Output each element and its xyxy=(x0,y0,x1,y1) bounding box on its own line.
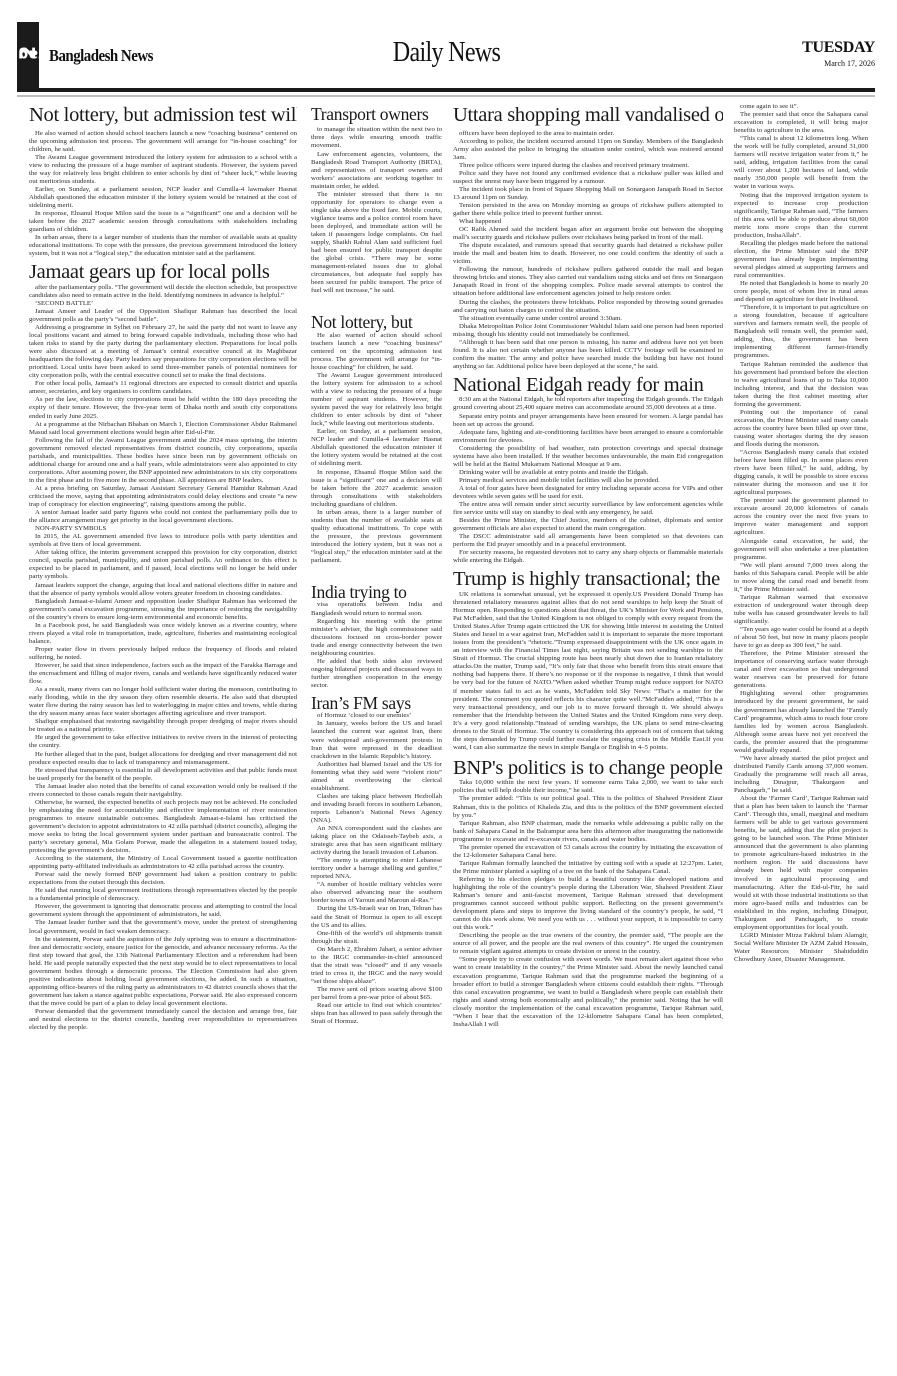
paragraph: of Hormuz ‘closed to our enemies’ xyxy=(311,712,442,720)
paragraph: Following the rumour, hundreds of ricksh… xyxy=(453,266,723,298)
paragraph: “The enemy is attempting to enter Lebane… xyxy=(311,857,442,881)
paragraph: For security reasons, he requested devot… xyxy=(453,549,723,565)
headline: Jamaat gears up for local polls xyxy=(29,262,297,284)
paragraph: after the parliamentary polls. “The gove… xyxy=(29,284,297,300)
paragraph: He noted that Bangladesh is home to near… xyxy=(734,280,868,304)
paragraph: “We have already started the pilot proje… xyxy=(734,755,868,795)
paragraph: After taking office, the interim governm… xyxy=(29,549,297,581)
story-bnp-continued: come again to see it”.The premier said t… xyxy=(734,103,868,964)
paragraph: come again to see it”. xyxy=(734,103,868,111)
story-body: of Hormuz ‘closed to our enemies’In Janu… xyxy=(311,712,442,1026)
paragraph: Referring to his election pledges to bui… xyxy=(453,876,723,932)
story-body: He also warned of action should school t… xyxy=(29,130,297,259)
issue-date: March 17, 2026 xyxy=(802,59,875,68)
story-india: India trying to visa operations between … xyxy=(311,583,442,690)
paragraph: On March 2, Ebrahim Jabari, a senior adv… xyxy=(311,946,442,986)
headline: BNP's politics is to change people' xyxy=(453,758,723,780)
paragraph: According to police, the incident occurr… xyxy=(453,138,723,162)
masthead-rule xyxy=(17,88,875,92)
paragraph: At a press briefing on Saturday, Jamaat … xyxy=(29,485,297,509)
paragraph: Primary medical services and mobile toil… xyxy=(453,477,723,485)
paragraph: He also warned of action should school t… xyxy=(311,332,442,372)
story-iran: Iran’s FM says of Hormuz ‘closed to our … xyxy=(311,694,442,1026)
paragraph: The Jamaat leader further said that the … xyxy=(29,919,297,935)
column-3: Uttara shopping mall vandalised over off… xyxy=(453,100,723,1350)
story-body: come again to see it”.The premier said t… xyxy=(734,103,868,964)
paragraph: Adequate fans, lighting and air-conditio… xyxy=(453,429,723,445)
story-trump: Trump is highly transactional; the UK is… xyxy=(453,569,723,751)
paragraph: to manage the situation within the next … xyxy=(311,126,442,150)
paragraph: He also warned of action should school t… xyxy=(29,130,297,154)
paragraph: Clashes are taking place between Hezboll… xyxy=(311,793,442,825)
paragraph: The premier added: “This is our politica… xyxy=(453,795,723,819)
story-transport: Transport owners to manage the situation… xyxy=(311,105,442,295)
paragraph: The entire area will remain under strict… xyxy=(453,501,723,517)
paragraph: officers have been deployed to the area … xyxy=(453,130,723,138)
paragraph: Taka 10,000 within the next few years. I… xyxy=(453,779,723,795)
paragraph: Tarique Rahman warned that excessive ext… xyxy=(734,594,868,626)
paragraph: Following the fall of the Awami League g… xyxy=(29,437,297,485)
story-body: to manage the situation within the next … xyxy=(311,126,442,295)
paragraph: The situation eventually came under cont… xyxy=(453,315,723,323)
paragraph: “Some people try to create confusion wit… xyxy=(453,956,723,1028)
paragraph: In 2015, the AL government amended five … xyxy=(29,533,297,549)
paragraph: Otherwise, he warned, the expected benef… xyxy=(29,799,297,855)
paragraph: OC Rafik Ahmed said the incident began a… xyxy=(453,226,723,242)
paragraph: The incident took place in front of Squa… xyxy=(453,186,723,202)
headline: Transport owners xyxy=(311,105,442,123)
story-body: Taka 10,000 within the next few years. I… xyxy=(453,779,723,1028)
paragraph: He said that running local government in… xyxy=(29,887,297,903)
paragraph: However, he said that since independence… xyxy=(29,662,297,686)
paragraph: At a programme at the Nirbachan Bhaban o… xyxy=(29,421,297,437)
paragraph: The dispute escalated, and rumours sprea… xyxy=(453,242,723,266)
paragraph: Shafiqur emphasised that restoring navig… xyxy=(29,718,297,734)
paragraph: Jamaat Ameer and Leader of the Oppositio… xyxy=(29,308,297,324)
paragraph: Alongside canal excavation, he said, the… xyxy=(734,538,868,562)
paragraph: Law enforcement agencies, volunteers, th… xyxy=(311,151,442,191)
paragraph: According to the statement, the Ministry… xyxy=(29,855,297,871)
paragraph: For other local polls, Jamaat’s 11 regio… xyxy=(29,380,297,396)
paragraph: Authorities had blamed Israel and the US… xyxy=(311,761,442,793)
paragraph: Addressing a programme in Sylhet on Febr… xyxy=(29,324,297,380)
paragraph: UK relations is somewhat unusual, yet he… xyxy=(453,591,723,752)
paragraph: Proper water flow in rivers previously h… xyxy=(29,646,297,662)
paragraph: He urged the government to take effectiv… xyxy=(29,734,297,750)
headline: Not lottery, but admission test will xyxy=(29,105,297,127)
column-1: Not lottery, but admission test will He … xyxy=(29,100,297,1336)
paragraph: LGRD Minister Mirza Fakhrul Islam Alamgi… xyxy=(734,932,868,964)
headline: Not lottery, but xyxy=(311,313,442,331)
masthead: Page2 Bangladesh News Daily News TUESDAY… xyxy=(17,22,875,90)
paragraph: NON-PARTY SYMBOLS xyxy=(29,525,297,533)
paragraph: The premier opened the excavation of 53 … xyxy=(453,844,723,860)
paragraph: In the statement, Porwar said the aspira… xyxy=(29,936,297,1008)
paragraph: Tension persisted in the area on Monday … xyxy=(453,202,723,218)
paragraph: He further alleged that in the past, bud… xyxy=(29,751,297,767)
paragraph: However, the government is ignoring that… xyxy=(29,903,297,919)
story-bnp: BNP's politics is to change people' Taka… xyxy=(453,758,723,1029)
story-body: He also warned of action should school t… xyxy=(311,332,442,565)
paragraph: Describing the people as the true owners… xyxy=(453,932,723,956)
paragraph: As a result, many rivers can no longer h… xyxy=(29,686,297,718)
paragraph: Police said they have not found any conf… xyxy=(453,170,723,186)
paragraph: Pointing out the importance of canal exc… xyxy=(734,409,868,449)
headline: Iran’s FM says xyxy=(311,694,442,712)
paragraph: A senior Jamaat leader said party figure… xyxy=(29,509,297,525)
paragraph: Regarding his meeting with the prime min… xyxy=(311,618,442,658)
paragraph: “Therefore, it is important to put agric… xyxy=(734,304,868,360)
paragraph: During the clashes, the protesters threw… xyxy=(453,299,723,315)
story-uttara: Uttara shopping mall vandalised over off… xyxy=(453,105,723,371)
story-body: after the parliamentary polls. “The gove… xyxy=(29,284,297,1032)
paragraph: In January, weeks before the US and Isra… xyxy=(311,720,442,760)
paragraph: A total of four gates have been designat… xyxy=(453,485,723,501)
paragraph: “Ten years ago water could be found at a… xyxy=(734,626,868,650)
paragraph: About the ‘Farmer Card’, Tarique Rahman … xyxy=(734,795,868,932)
paragraph: Considering the possibility of bad weath… xyxy=(453,445,723,469)
paragraph: 8:30 am at the National Eidgah, he told … xyxy=(453,396,723,412)
paragraph: Tarique Rahman formally launched the ini… xyxy=(453,860,723,876)
paragraph: The Jamaat leader also noted that the be… xyxy=(29,783,297,799)
story-lottery-short: Not lottery, but He also warned of actio… xyxy=(311,313,442,565)
paragraph: Dhaka Metropolitan Police Joint Commissi… xyxy=(453,323,723,339)
paragraph: Tarique Rahman reminded the audience tha… xyxy=(734,361,868,409)
paragraph: Drinking water will be available at entr… xyxy=(453,469,723,477)
paragraph: Tarique Rahman, also BNP chairman, made … xyxy=(453,820,723,844)
story-body: UK relations is somewhat unusual, yet he… xyxy=(453,591,723,752)
headline: India trying to xyxy=(311,583,442,601)
paragraph: Three police officers were injured durin… xyxy=(453,162,723,170)
headline: National Eidgah ready for main xyxy=(453,375,723,397)
paragraph: “A number of hostile military vehicles w… xyxy=(311,881,442,905)
paragraph: Earlier, on Sunday, at a parliament sess… xyxy=(29,186,297,210)
paragraph: Earlier, on Sunday, at a parliament sess… xyxy=(311,428,442,468)
paragraph: Porwar demanded that the government imme… xyxy=(29,1008,297,1032)
weekday: TUESDAY xyxy=(802,39,875,57)
paragraph: Besides the Prime Minister, the Chief Ju… xyxy=(453,517,723,533)
paragraph: During the US-Israeli war on Iran, Tehra… xyxy=(311,905,442,929)
paragraph: “Although it has been said that one pers… xyxy=(453,339,723,371)
paragraph: In response, Ehsanul Hoque Milon said th… xyxy=(311,469,442,509)
paragraph: He stressed that transparency is essenti… xyxy=(29,767,297,783)
paragraph: Recalling the pledges made before the na… xyxy=(734,240,868,280)
headline: Uttara shopping mall vandalised over xyxy=(453,105,723,127)
paragraph: As per the law, elections to city corpor… xyxy=(29,396,297,420)
paragraph: “Across Bangladesh many canals that exis… xyxy=(734,449,868,497)
paragraph: Porwar said the newly formed BNP governm… xyxy=(29,871,297,887)
paragraph: Noting that the improved irrigation syst… xyxy=(734,192,868,240)
date-block: TUESDAY March 17, 2026 xyxy=(802,39,875,68)
paragraph: Highlighting several other programmes in… xyxy=(734,690,868,754)
masthead-subrule xyxy=(17,95,875,97)
story-body: officers have been deployed to the area … xyxy=(453,130,723,371)
paragraph: Separate entry points and prayer arrange… xyxy=(453,413,723,429)
story-eidgah: National Eidgah ready for main 8:30 am a… xyxy=(453,375,723,566)
paragraph: Therefore, the Prime Minister stressed t… xyxy=(734,650,868,690)
paragraph: In a Facebook post, he said Bangladesh w… xyxy=(29,622,297,646)
column-2: Transport owners to manage the situation… xyxy=(311,100,442,1336)
paragraph: One-fifth of the world’s oil shipments t… xyxy=(311,930,442,946)
paragraph: “We will plant around 7,000 trees along … xyxy=(734,562,868,594)
story-lottery-main: Not lottery, but admission test will He … xyxy=(29,105,297,258)
paragraph: The premier said that once the Sahapara … xyxy=(734,111,868,135)
paragraph: In urban areas, there is a larger number… xyxy=(29,234,297,258)
paragraph: The move sent oil prices soaring above $… xyxy=(311,986,442,1002)
headline: Trump is highly transactional; the UK is xyxy=(453,569,723,591)
newspaper-title: Daily News xyxy=(17,37,875,69)
paragraph: The Awami League government introduced t… xyxy=(29,154,297,186)
paragraph: Read our article to find out which count… xyxy=(311,1002,442,1026)
paragraph: The premier said the government planned … xyxy=(734,497,868,537)
paragraph: The DSCC administrator said all arrangem… xyxy=(453,533,723,549)
story-jamaat: Jamaat gears up for local polls after th… xyxy=(29,262,297,1032)
paragraph: Bangladesh Jamaat-e-Islami Ameer and opp… xyxy=(29,598,297,622)
paragraph: “This canal is about 12 kilometres long.… xyxy=(734,135,868,191)
paragraph: ‘SECOND BATTLE’ xyxy=(29,300,297,308)
paragraph: visa operations between India and Bangla… xyxy=(311,601,442,617)
column-4: come again to see it”.The premier said t… xyxy=(734,103,868,1353)
story-body: 8:30 am at the National Eidgah, he told … xyxy=(453,396,723,565)
paragraph: He added that both sides also reviewed o… xyxy=(311,658,442,690)
paragraph: What happened xyxy=(453,218,723,226)
paragraph: An NNA correspondent said the clashes ar… xyxy=(311,825,442,857)
paragraph: In response, Ehsanul Hoque Milon said th… xyxy=(29,210,297,234)
paragraph: In urban areas, there is a larger number… xyxy=(311,509,442,565)
story-body: visa operations between India and Bangla… xyxy=(311,601,442,690)
paragraph: The minister stressed that there is no o… xyxy=(311,191,442,296)
paragraph: Jamaat leaders support the change, argui… xyxy=(29,582,297,598)
paragraph: The Awami League government introduced t… xyxy=(311,372,442,428)
